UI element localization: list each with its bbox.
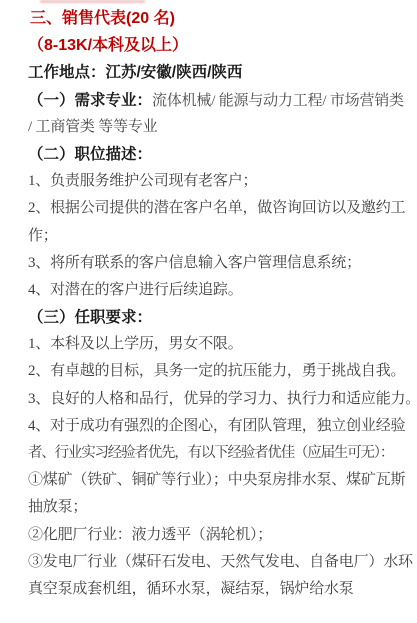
job-title-heading: 三、销售代表(20 名) — [0, 5, 417, 32]
requirement-line: 3、良好的人格和品行，优异的学习力、执行力和适应能力。 — [0, 386, 417, 413]
duty-line: 2、根据公司提供的潜在客户名单，做咨询回访以及邀约工 — [0, 195, 417, 222]
duty-line: 作； — [0, 223, 417, 250]
job-description-heading: （二）职位描述： — [0, 141, 417, 168]
required-majors-wrap-line: / 工商管类 等等专业 — [0, 114, 417, 141]
duty-line: 4、对潜在的客户进行后续追踪。 — [0, 277, 417, 304]
salary-education-heading: （8-13K/本科及以上） — [0, 32, 417, 59]
required-majors-line: （一）需求专业：流体机械/ 能源与动力工程/ 市场营销类 — [0, 87, 417, 114]
requirements-heading: （三）任职要求： — [0, 304, 417, 331]
requirement-wrap-line: 者、行业实习经验者优先，有以下经验者优佳（应届生可无）： — [0, 440, 417, 467]
job-posting-page: 三、销售代表(20 名) （8-13K/本科及以上） 工作地点：江苏/安徽/陕西… — [0, 0, 417, 623]
cropped-text-artifact — [40, 0, 145, 3]
experience-item-power-plant: ③发电厂行业（煤矸石发电、天然气发电、自备电厂）水环 — [0, 549, 417, 576]
experience-item-fertilizer-plant: ②化肥厂行业：液力透平（涡轮机）； — [0, 522, 417, 549]
duty-line: 1、负责服务维护公司现有老客户； — [0, 168, 417, 195]
experience-item-coal-mine-wrap: 抽放泵； — [0, 494, 417, 521]
required-majors-list: 流体机械/ 能源与动力工程/ 市场营销类 — [152, 93, 404, 109]
duty-line: 3、将所有联系的客户信息输入客户管理信息系统； — [0, 250, 417, 277]
requirement-line: 2、有卓越的目标，具务一定的抗压能力，勇于挑战自我。 — [0, 358, 417, 385]
required-majors-label: （一）需求专业： — [28, 92, 152, 109]
experience-item-coal-mine: ①煤矿（铁矿、铜矿等行业）；中央泵房排水泵、煤矿瓦斯 — [0, 467, 417, 494]
experience-item-power-plant-wrap: 真空泵成套机组，循环水泵，凝结泵，锅炉给水泵 — [0, 576, 417, 603]
requirement-line: 1、本科及以上学历，男女不限。 — [0, 331, 417, 358]
requirement-line: 4、对于成功有强烈的企图心，有团队管理，独立创业经验 — [0, 413, 417, 440]
work-location-line: 工作地点：江苏/安徽/陕西/陕西 — [0, 59, 417, 86]
